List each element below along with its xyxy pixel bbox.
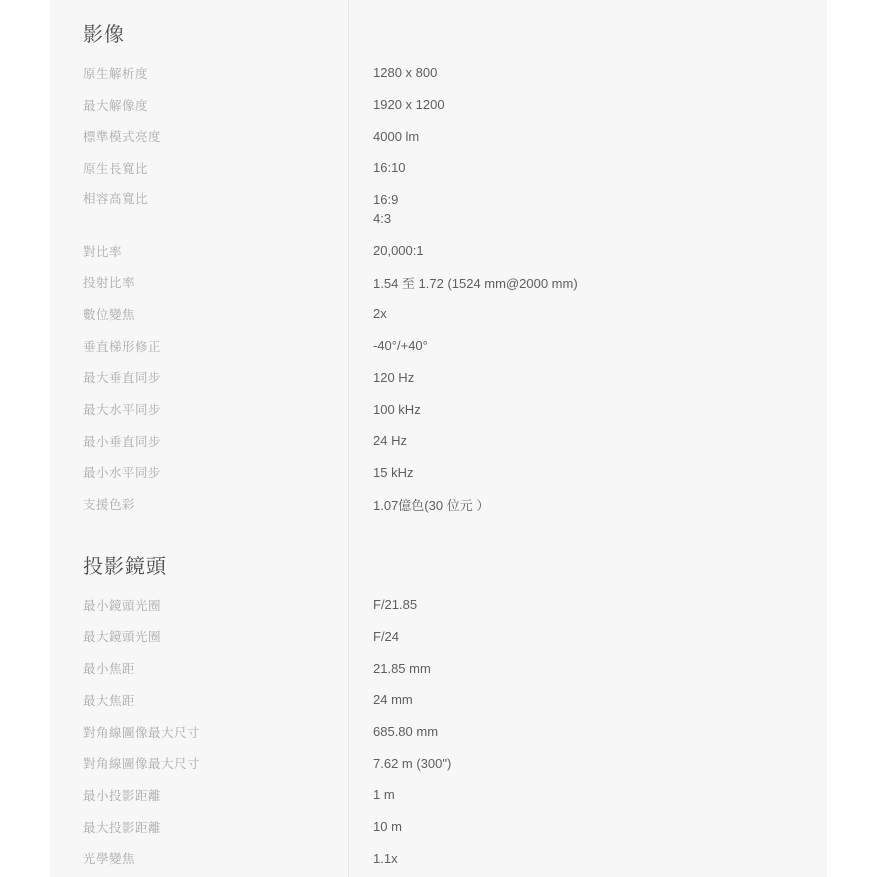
spec-value: -40°/+40° [348, 338, 428, 353]
spec-value-line: 24 Hz [373, 433, 407, 448]
spec-row: 最小鏡頭光圈F/21.85 [50, 589, 827, 621]
spec-value-line: 15 kHz [373, 465, 413, 480]
spec-label: 原生長寬比 [50, 159, 348, 177]
spec-row: 原生長寬比16:10 [50, 152, 827, 184]
spec-row: 對角線圖像最大尺寸685.80 mm [50, 716, 827, 748]
spec-value: F/24 [348, 629, 399, 644]
spec-value: 7.62 m (300") [348, 756, 451, 771]
spec-label: 最大垂直同步 [50, 368, 348, 386]
spec-value: 16:94:3 [348, 190, 398, 228]
spec-row: 支援色彩1.07億色(30 位元 ） [50, 488, 827, 520]
spec-row: 最小焦距21.85 mm [50, 652, 827, 684]
spec-value-line: 20,000:1 [373, 243, 424, 258]
spec-value: 1280 x 800 [348, 65, 437, 80]
spec-row: 光學變焦1.1x [50, 842, 827, 874]
spec-label: 最小垂直同步 [50, 432, 348, 450]
spec-rows: 最小鏡頭光圈F/21.85最大鏡頭光圈F/24最小焦距21.85 mm最大焦距2… [50, 589, 827, 874]
spec-value: 16:10 [348, 160, 406, 175]
spec-sections: 影像原生解析度1280 x 800最大解像度1920 x 1200標準模式亮度4… [50, 0, 827, 874]
spec-label: 投射比率 [50, 273, 348, 291]
spec-value-line: 7.62 m (300") [373, 756, 451, 771]
spec-label: 最小鏡頭光圈 [50, 596, 348, 614]
spec-label: 最大投影距離 [50, 818, 348, 836]
spec-label: 對比率 [50, 242, 348, 260]
spec-value-line: 2x [373, 306, 387, 321]
spec-row: 對角線圖像最大尺寸7.62 m (300") [50, 747, 827, 779]
spec-value-line: 100 kHz [373, 402, 421, 417]
spec-row: 最大焦距24 mm [50, 684, 827, 716]
spec-label: 原生解析度 [50, 64, 348, 82]
spec-label: 支援色彩 [50, 495, 348, 513]
spec-value-line: 1920 x 1200 [373, 97, 445, 112]
spec-label: 最大水平同步 [50, 400, 348, 418]
spec-value-line: 10 m [373, 819, 402, 834]
spec-rows: 原生解析度1280 x 800最大解像度1920 x 1200標準模式亮度400… [50, 57, 827, 520]
spec-label: 對角線圖像最大尺寸 [50, 754, 348, 772]
spec-row: 最小垂直同步24 Hz [50, 425, 827, 457]
spec-label: 最大焦距 [50, 691, 348, 709]
spec-value-line: 120 Hz [373, 370, 414, 385]
spec-section: 影像原生解析度1280 x 800最大解像度1920 x 1200標準模式亮度4… [50, 0, 827, 520]
spec-value-line: 21.85 mm [373, 661, 431, 676]
spec-row: 最大鏡頭光圈F/24 [50, 621, 827, 653]
spec-value-line: F/24 [373, 629, 399, 644]
spec-value: 10 m [348, 819, 402, 834]
spec-row: 對比率20,000:1 [50, 235, 827, 267]
spec-value-line: 16:10 [373, 160, 406, 175]
spec-row: 數位變焦2x [50, 298, 827, 330]
spec-value: 1 m [348, 787, 395, 802]
column-divider [348, 0, 349, 877]
spec-row: 最大水平同步100 kHz [50, 393, 827, 425]
spec-label: 最小焦距 [50, 659, 348, 677]
spec-value-line: 24 mm [373, 692, 413, 707]
spec-value: 21.85 mm [348, 661, 431, 676]
spec-label: 最小水平同步 [50, 463, 348, 481]
spec-row: 最小水平同步15 kHz [50, 457, 827, 489]
spec-value: 24 mm [348, 692, 413, 707]
spec-label: 標準模式亮度 [50, 127, 348, 145]
section-heading: 影像 [50, 0, 827, 49]
spec-value-line: 685.80 mm [373, 724, 438, 739]
spec-value: 1.54 至 1.72 (1524 mm@2000 mm) [348, 273, 578, 292]
spec-row: 投射比率1.54 至 1.72 (1524 mm@2000 mm) [50, 266, 827, 298]
spec-value-line: F/21.85 [373, 597, 417, 612]
spec-label: 數位變焦 [50, 305, 348, 323]
spec-value: 24 Hz [348, 433, 407, 448]
section-heading: 投影鏡頭 [50, 553, 827, 581]
spec-label: 對角線圖像最大尺寸 [50, 723, 348, 741]
spec-value-line: 1 m [373, 787, 395, 802]
spec-row: 標準模式亮度4000 lm [50, 120, 827, 152]
spec-row: 最大垂直同步120 Hz [50, 362, 827, 394]
spec-label: 光學變焦 [50, 849, 348, 867]
spec-panel: 影像原生解析度1280 x 800最大解像度1920 x 1200標準模式亮度4… [50, 0, 827, 877]
spec-row: 原生解析度1280 x 800 [50, 57, 827, 89]
spec-value: 4000 lm [348, 129, 419, 144]
spec-value: F/21.85 [348, 597, 417, 612]
spec-value: 1920 x 1200 [348, 97, 445, 112]
spec-value: 2x [348, 306, 387, 321]
spec-value-line: 16:9 [373, 190, 398, 209]
spec-value-line: 1.54 至 1.72 (1524 mm@2000 mm) [373, 273, 578, 292]
spec-row: 最大投影距離10 m [50, 811, 827, 843]
spec-value-line: 1280 x 800 [373, 65, 437, 80]
spec-value-line: -40°/+40° [373, 338, 428, 353]
spec-label: 最小投影距離 [50, 786, 348, 804]
spec-value-line: 4:3 [373, 209, 398, 228]
spec-row: 相容高寬比16:94:3 [50, 184, 827, 235]
spec-section: 投影鏡頭最小鏡頭光圈F/21.85最大鏡頭光圈F/24最小焦距21.85 mm最… [50, 553, 827, 874]
spec-value: 15 kHz [348, 465, 413, 480]
spec-row: 垂直梯形修正-40°/+40° [50, 330, 827, 362]
spec-row: 最大解像度1920 x 1200 [50, 89, 827, 121]
spec-label: 相容高寬比 [50, 190, 348, 209]
spec-value: 1.1x [348, 851, 398, 866]
spec-label: 最大解像度 [50, 96, 348, 114]
spec-value: 120 Hz [348, 370, 414, 385]
spec-value-line: 1.07億色(30 位元 ） [373, 495, 489, 514]
spec-value: 20,000:1 [348, 243, 424, 258]
spec-label: 最大鏡頭光圈 [50, 627, 348, 645]
spec-value: 685.80 mm [348, 724, 438, 739]
spec-row: 最小投影距離1 m [50, 779, 827, 811]
spec-value-line: 1.1x [373, 851, 398, 866]
spec-value: 1.07億色(30 位元 ） [348, 495, 489, 514]
spec-value: 100 kHz [348, 402, 421, 417]
spec-label: 垂直梯形修正 [50, 337, 348, 355]
spec-value-line: 4000 lm [373, 129, 419, 144]
